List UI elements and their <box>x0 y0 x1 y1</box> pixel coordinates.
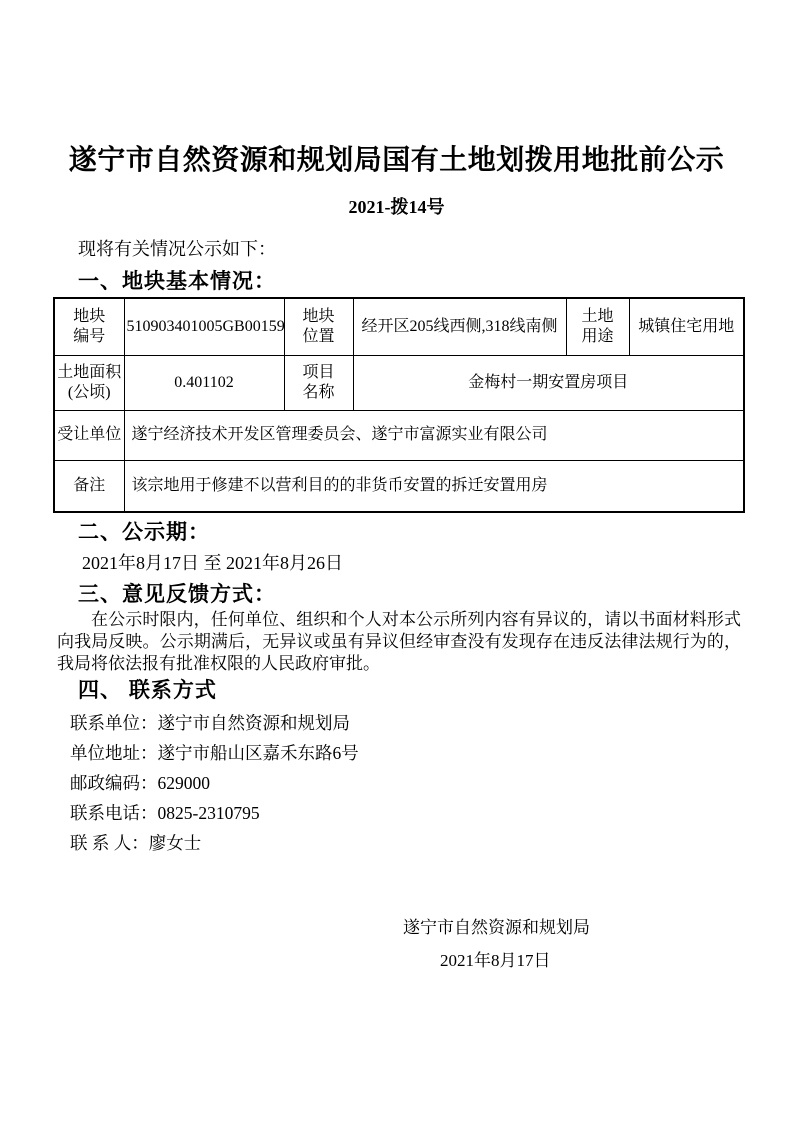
table-row-plot: 地块 编号 510903401005GB00159 地块 位置 经开区205线西… <box>54 298 744 355</box>
contact-address-line: 单位地址：遂宁市船山区嘉禾东路6号 <box>70 743 793 763</box>
table-row-remark: 备注 该宗地用于修建不以营利目的的非货币安置的拆迁安置用房 <box>54 460 744 512</box>
table-row-area: 土地面积 (公顷) 0.401102 项目 名称 金梅村一期安置房项目 <box>54 355 744 410</box>
contact-address-label: 单位地址： <box>70 743 158 763</box>
contact-unit-line: 联系单位：遂宁市自然资源和规划局 <box>70 713 793 733</box>
plot-location-label: 地块 位置 <box>284 298 353 355</box>
project-name-value: 金梅村一期安置房项目 <box>353 355 744 410</box>
land-info-table: 地块 编号 510903401005GB00159 地块 位置 经开区205线西… <box>53 297 745 513</box>
signature-organization: 遂宁市自然资源和规划局 <box>403 918 590 938</box>
feedback-paragraph: 在公示时限内，任何单位、组织和个人对本公示所列内容有异议的，请以书面材料形式向我… <box>57 609 741 675</box>
land-area-label: 土地面积 (公顷) <box>54 355 124 410</box>
signature-date: 2021年8月17日 <box>440 951 551 971</box>
contact-person-line: 联 系 人：廖女士 <box>70 833 793 853</box>
contact-person-value: 廖女士 <box>149 833 202 853</box>
contact-postcode-value: 629000 <box>158 773 211 793</box>
grantee-value: 遂宁经济技术开发区管理委员会、遂宁市富源实业有限公司 <box>124 410 744 460</box>
intro-line: 现将有关情况公示如下： <box>78 238 793 260</box>
plot-number-label: 地块 编号 <box>54 298 124 355</box>
land-use-value: 城镇住宅用地 <box>629 298 744 355</box>
section2-heading: 二、公示期： <box>78 521 793 545</box>
section1-heading: 一、地块基本情况： <box>78 270 793 294</box>
document-title: 遂宁市自然资源和规划局国有土地划拨用地批前公示 <box>0 0 793 180</box>
project-name-label: 项目 名称 <box>284 355 353 410</box>
plot-number-value: 510903401005GB00159 <box>124 298 284 355</box>
contact-address-value: 遂宁市船山区嘉禾东路6号 <box>158 743 359 763</box>
contact-phone-value: 0825-2310795 <box>158 803 260 823</box>
section3-heading: 三、意见反馈方式： <box>78 583 793 607</box>
remark-label: 备注 <box>54 460 124 512</box>
document-page: 遂宁市自然资源和规划局国有土地划拨用地批前公示 2021-拨14号 现将有关情况… <box>0 0 793 1122</box>
contact-postcode-label: 邮政编码： <box>70 773 158 793</box>
grantee-label: 受让单位 <box>54 410 124 460</box>
contact-unit-value: 遂宁市自然资源和规划局 <box>158 713 351 733</box>
table-row-grantee: 受让单位 遂宁经济技术开发区管理委员会、遂宁市富源实业有限公司 <box>54 410 744 460</box>
contact-person-label: 联 系 人： <box>70 833 149 853</box>
contact-unit-label: 联系单位： <box>70 713 158 733</box>
land-use-label: 土地 用途 <box>566 298 629 355</box>
remark-value: 该宗地用于修建不以营利目的的非货币安置的拆迁安置用房 <box>124 460 744 512</box>
document-number: 2021-拨14号 <box>0 196 793 218</box>
contact-phone-label: 联系电话： <box>70 803 158 823</box>
contact-phone-line: 联系电话：0825-2310795 <box>70 803 793 823</box>
section4-heading: 四、 联系方式 <box>78 679 793 703</box>
publicity-period: 2021年8月17日 至 2021年8月26日 <box>82 551 793 575</box>
plot-location-value: 经开区205线西侧,318线南侧 <box>353 298 566 355</box>
contact-postcode-line: 邮政编码：629000 <box>70 773 793 793</box>
land-area-value: 0.401102 <box>124 355 284 410</box>
